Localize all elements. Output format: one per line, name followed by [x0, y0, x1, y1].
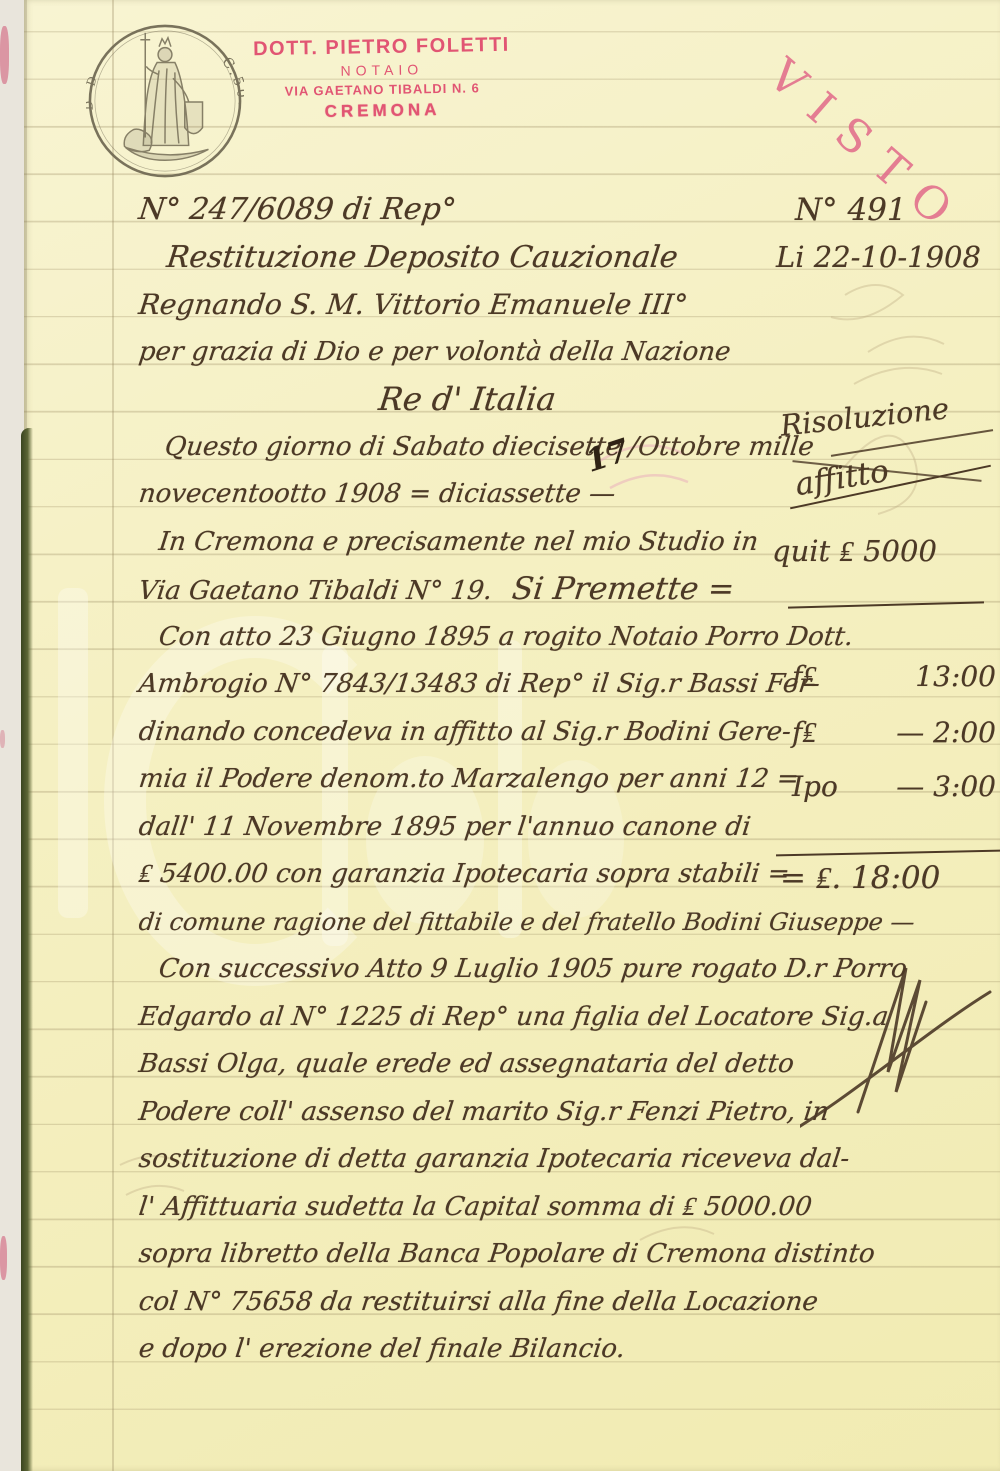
manuscript-line: Questo giorno di Sabato diecisette /Otto… [136, 424, 822, 472]
manuscript-line: dall' 11 Novembre 1895 per l'annuo canon… [136, 804, 822, 852]
seal-left-label: D D [86, 70, 101, 110]
margin-amount-row: f₤ — 2:00 [792, 716, 996, 750]
manuscript-line: In Cremona e precisamente nel mio Studio… [136, 519, 822, 567]
paper-edge-shadow [24, 0, 27, 436]
binding-edge [21, 428, 33, 1471]
amount-value: 13:00 [915, 660, 996, 694]
margin-rule [112, 0, 114, 1471]
notary-address-stamp: DOTT. PIETRO FOLETTI NOTAIO VIA GAETANO … [251, 34, 512, 124]
manuscript-line: per grazia di Dio e per volontà della Na… [136, 329, 822, 377]
manuscript-line: sostituzione di detta garanzia Ipotecari… [136, 1136, 822, 1184]
scanned-notarial-document: C.50. D D DOTT. PIETRO FOLETTI NOTAIO VI… [0, 0, 1000, 1471]
amount-value: — 2:00 [896, 716, 996, 750]
manuscript-line: di comune ragione del fittabile e del fr… [136, 899, 822, 947]
notary-role: NOTAIO [252, 60, 512, 81]
margin-amount-row: Ipo — 3:00 [792, 770, 996, 803]
notary-address: VIA GAETANO TIBALDI N. 6 [252, 80, 512, 100]
seal-denomination-label: C.50. [218, 54, 244, 109]
manuscript-line: Bassi Olga, quale erede ed assegnataria … [136, 1041, 822, 1089]
manuscript-line: Regnando S. M. Vittorio Emanuele III° [136, 281, 822, 329]
manuscript-line: Edgardo al N° 1225 di Rep° una figlia de… [136, 994, 822, 1042]
red-edge-smudge [0, 730, 5, 748]
allegorical-figure [124, 33, 208, 160]
bollo-seal: C.50. D D [86, 18, 244, 184]
manuscript-line-text: Via Gaetano Tibaldi N° 19. [137, 576, 494, 606]
manuscript-line: Ambrogio N° 7843/13483 di Rep° il Sig.r … [136, 661, 822, 709]
manuscript-line: novecentootto 1908 = diciassette — [136, 471, 822, 519]
manuscript-line: Podere coll' assenso del marito Sig.r Fe… [136, 1089, 822, 1137]
red-edge-smudge [0, 1236, 7, 1280]
manuscript-line: sopra libretto della Banca Popolare di C… [136, 1231, 822, 1279]
paraph-flourish [800, 950, 1000, 1150]
premette-heading: Si Premette = [510, 571, 736, 607]
manuscript-line: e dopo l' erezione del finale Bilancio. [136, 1326, 822, 1374]
manuscript-line: l' Affittuaria sudetta la Capital somma … [136, 1184, 822, 1232]
amount-label: Ipo [792, 770, 838, 803]
manuscript-line: Re d' Italia [136, 376, 822, 424]
margin-amount-row: f₤ 13:00 [792, 660, 996, 694]
manuscript-line: Via Gaetano Tibaldi N° 19.Si Premette = [136, 566, 822, 614]
manuscript-line: ₤ 5400.00 con garanzia Ipotecaria sopra … [136, 851, 822, 899]
amount-value: — 3:00 [896, 770, 996, 803]
svg-text:C.50.: C.50. [218, 54, 244, 109]
amount-label: f₤ [792, 660, 816, 694]
manuscript-line: mia il Podere denom.to Marzalengo per an… [136, 756, 822, 804]
document-title-line: Restituzione Deposito Cauzionale [136, 234, 822, 282]
notary-name: DOTT. PIETRO FOLETTI [251, 34, 511, 62]
manuscript-line: col N° 75658 da restituirsi alla fine de… [136, 1279, 822, 1327]
manuscript-line: Con atto 23 Giugno 1895 a rogito Notaio … [136, 614, 822, 662]
margin-note-quietanza: quit ₤ 5000 [772, 534, 937, 569]
svg-text:D D: D D [86, 70, 101, 110]
margin-total: = ₤. 18:00 [780, 860, 940, 896]
red-edge-smudge [0, 26, 9, 84]
manuscript-line: dinando concedeva in affitto al Sig.r Bo… [136, 709, 822, 757]
repertorio-number-line: N° 247/6089 di Rep° [136, 186, 822, 234]
manuscript-line: Con successivo Atto 9 Luglio 1905 pure r… [136, 946, 822, 994]
amount-label: f₤ [792, 716, 816, 750]
manuscript-body: N° 247/6089 di Rep° Restituzione Deposit… [136, 186, 816, 1374]
